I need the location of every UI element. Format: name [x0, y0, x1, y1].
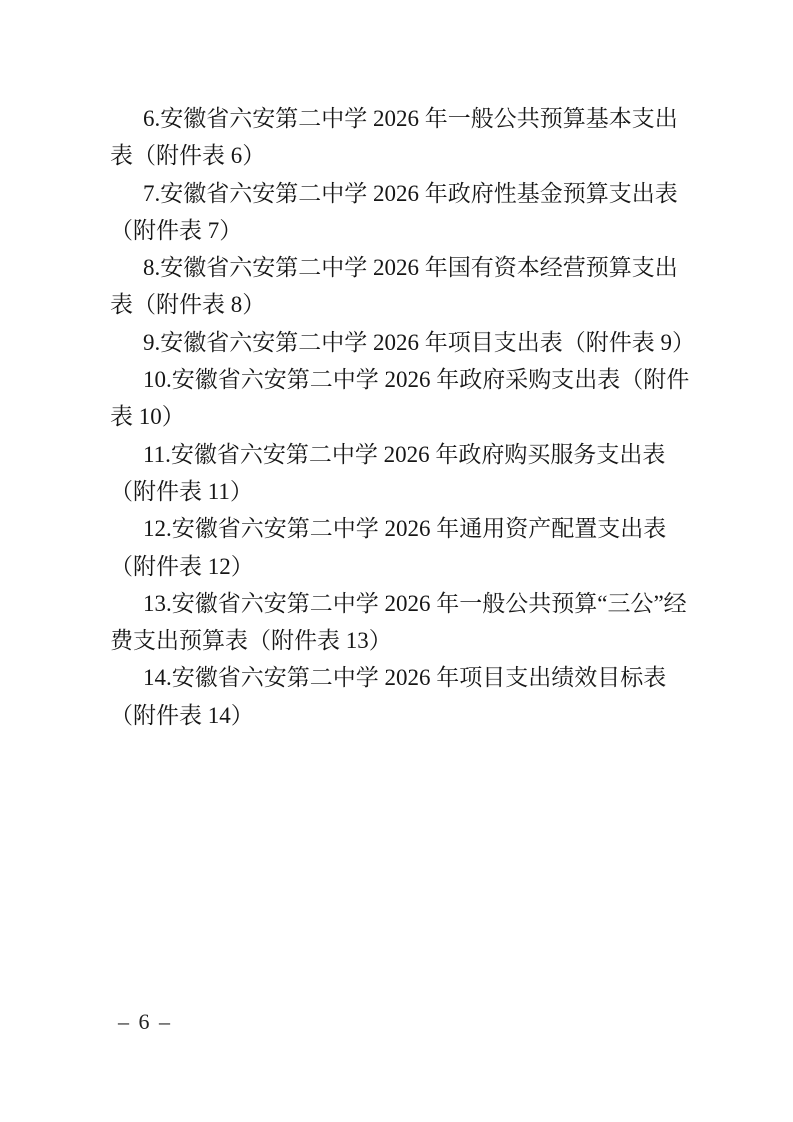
page-number: – 6 – — [118, 1008, 172, 1036]
attachment-item-14-line: （附件表 14） — [110, 697, 690, 734]
attachment-item-7-line: （附件表 7） — [110, 212, 690, 249]
attachment-item-10-line: 表 10） — [110, 398, 690, 435]
attachment-item-9-line: 9.安徽省六安第二中学 2026 年项目支出表（附件表 9） — [110, 324, 690, 361]
attachment-item-12-line: 12.安徽省六安第二中学 2026 年通用资产配置支出表 — [110, 510, 690, 547]
attachment-item-14-line: 14.安徽省六安第二中学 2026 年项目支出绩效目标表 — [110, 659, 690, 696]
attachment-item-11-line: 11.安徽省六安第二中学 2026 年政府购买服务支出表 — [110, 436, 690, 473]
attachment-item-13-line: 费支出预算表（附件表 13） — [110, 622, 690, 659]
attachment-item-11-line: （附件表 11） — [110, 473, 690, 510]
attachment-item-6-line: 6.安徽省六安第二中学 2026 年一般公共预算基本支出 — [110, 100, 690, 137]
attachment-list: 6.安徽省六安第二中学 2026 年一般公共预算基本支出表（附件表 6）7.安徽… — [110, 100, 690, 734]
attachment-item-12-line: （附件表 12） — [110, 548, 690, 585]
attachment-item-8-line: 8.安徽省六安第二中学 2026 年国有资本经营预算支出 — [110, 249, 690, 286]
attachment-item-8-line: 表（附件表 8） — [110, 286, 690, 323]
attachment-item-10-line: 10.安徽省六安第二中学 2026 年政府采购支出表（附件 — [110, 361, 690, 398]
attachment-item-7-line: 7.安徽省六安第二中学 2026 年政府性基金预算支出表 — [110, 175, 690, 212]
attachment-item-6-line: 表（附件表 6） — [110, 137, 690, 174]
document-page: 6.安徽省六安第二中学 2026 年一般公共预算基本支出表（附件表 6）7.安徽… — [0, 0, 793, 1122]
attachment-item-13-line: 13.安徽省六安第二中学 2026 年一般公共预算“三公”经 — [110, 585, 690, 622]
